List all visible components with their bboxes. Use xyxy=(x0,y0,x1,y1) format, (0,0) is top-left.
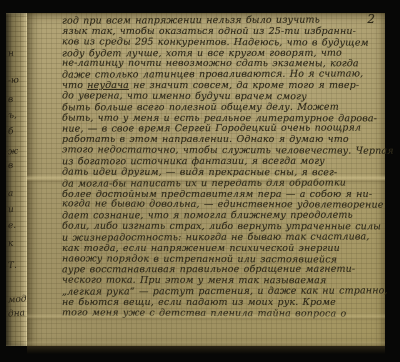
letter-page: 2 год при всем напряжении нельзя было из… xyxy=(27,13,385,348)
cut-off-handwriting-fragment: ъ, xyxy=(8,112,17,122)
cut-off-handwriting-fragment: в xyxy=(8,96,14,105)
letter-photo: н-ювъ,бжваие.кТ.моддна 2 год при всем на… xyxy=(0,0,400,362)
cut-off-handwriting-fragment: н xyxy=(8,50,15,59)
handwriting-line: того меня уже с детства пленила тайна во… xyxy=(62,308,388,320)
adjacent-page-edge: н-ювъ,бжваие.кТ.моддна xyxy=(6,13,27,346)
cut-off-handwriting-fragment: и xyxy=(8,206,14,215)
page-edge-shadow xyxy=(27,346,385,354)
cut-off-handwriting-fragment: дна xyxy=(8,309,26,319)
cut-off-handwriting-fragment: мод xyxy=(8,295,27,305)
underlined-word: неудача xyxy=(87,80,129,91)
cut-off-handwriting-fragment: ж xyxy=(8,148,19,158)
cut-off-handwriting-fragment: -ю xyxy=(8,77,20,87)
handwriting-block: год при всем напряжении нельзя было изуч… xyxy=(62,16,388,320)
cut-off-handwriting-fragment: б xyxy=(8,128,14,137)
cut-off-handwriting-fragment: а xyxy=(8,190,14,199)
cut-off-handwriting-fragment: Т. xyxy=(8,262,17,272)
cut-off-handwriting-fragment: к xyxy=(8,240,14,249)
cut-off-handwriting-fragment: е. xyxy=(8,222,17,232)
cut-off-handwriting-fragment: в xyxy=(8,162,14,171)
